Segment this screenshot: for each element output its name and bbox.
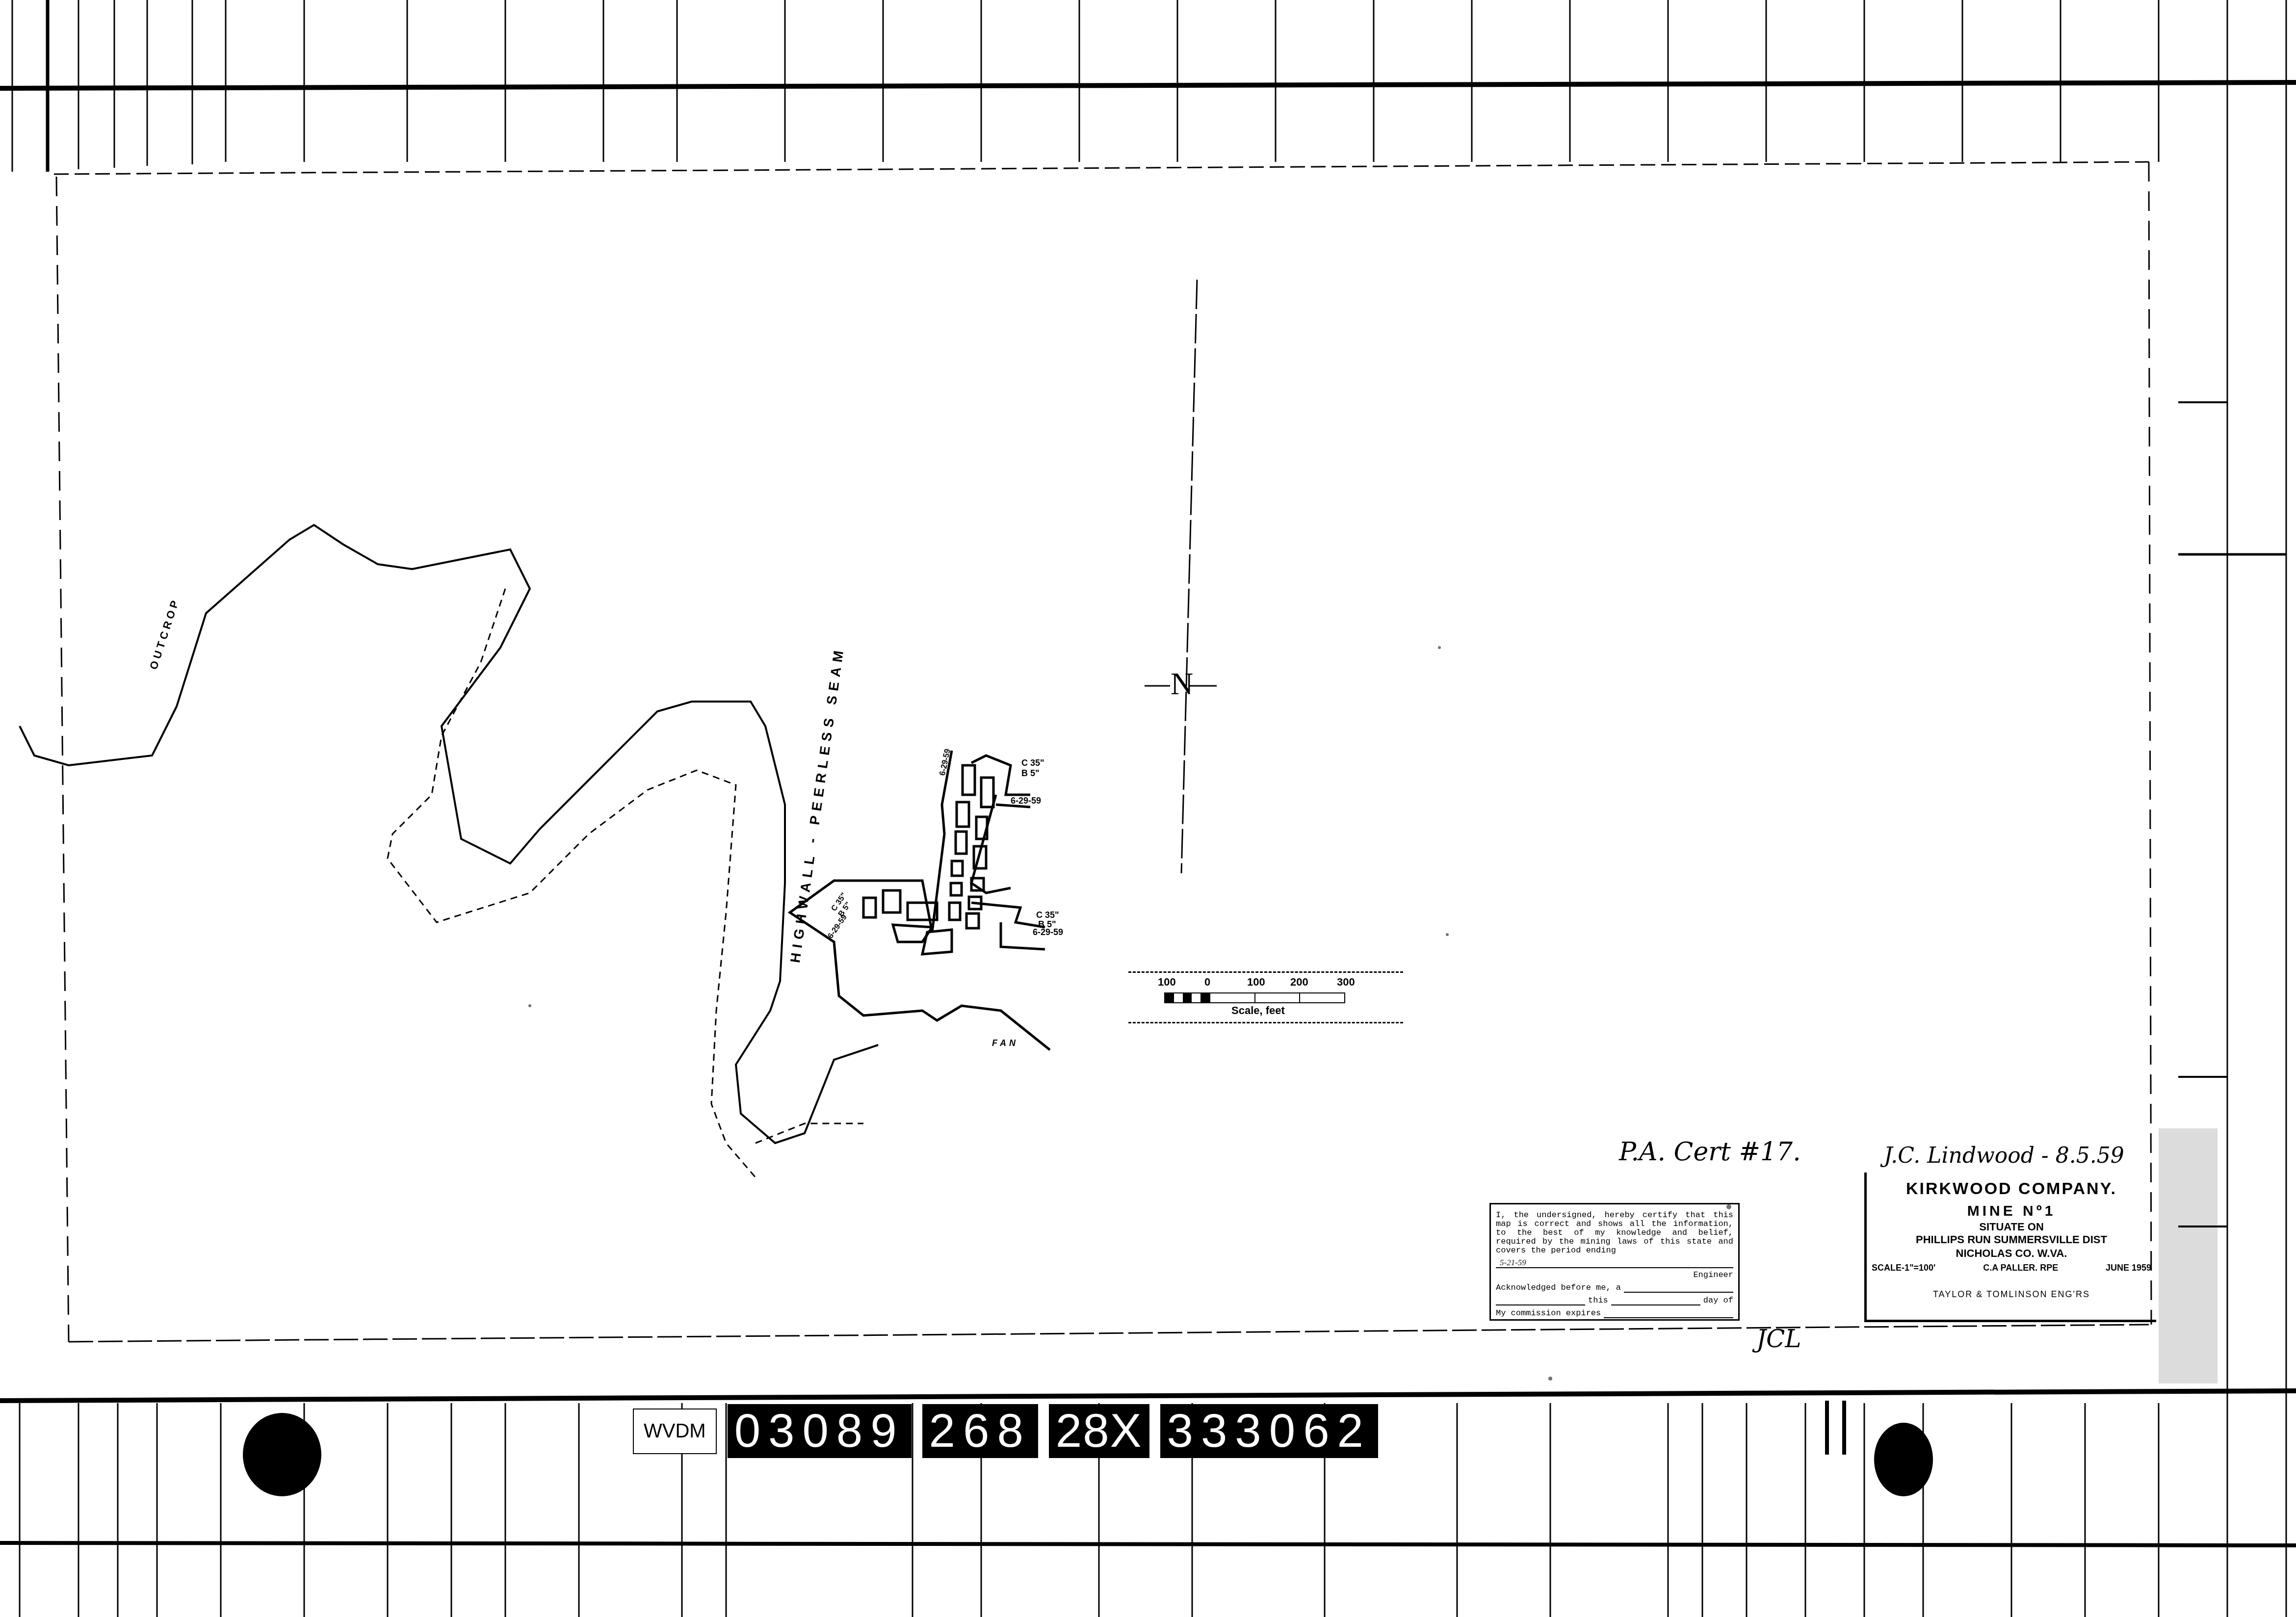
certificate-text: I, the undersigned, hereby certify that … (1496, 1211, 1733, 1255)
scale-graduation (1164, 992, 1345, 1003)
this-label: this (1588, 1297, 1608, 1305)
title-signature: J.C. Lindwood - 8.5.59 (1884, 1143, 2124, 1168)
surveyor: C.A PALLER. RPE (1983, 1263, 2058, 1273)
permit-note: P.A. Cert #17. (1619, 1137, 1801, 1167)
map-canvas (0, 0, 2296, 1617)
microfilm-id-strip: WVDM 03089 268 28X 333062 (633, 1404, 1378, 1458)
scale-tick-4: 300 (1337, 976, 1355, 989)
scale-caption: Scale, feet (1231, 1004, 1285, 1017)
mine-label-2: B 5" (1021, 768, 1040, 779)
mine-label-1: C 35" (1021, 758, 1044, 768)
day-field (1611, 1296, 1700, 1305)
day-of-label: day of (1703, 1297, 1733, 1305)
outcrop-line (20, 525, 878, 1143)
fan-label: FAN (992, 1038, 1018, 1048)
certification-block: I, the undersigned, hereby certify that … (1489, 1203, 1740, 1321)
sheet-border (54, 162, 2151, 1342)
mine-label-4: C 35" (1036, 910, 1059, 920)
notary-field (1624, 1283, 1733, 1293)
scale-tick-3: 200 (1290, 976, 1308, 989)
title-block: KIRKWOOD COMPANY. MINE Nº1 SITUATE ON PH… (1864, 1173, 2156, 1322)
microfilm-part-1: 03089 (728, 1404, 912, 1458)
north-meridian (1145, 280, 1217, 873)
scale-surveyor-date-row: SCALE-1"=100' C.A PALLER. RPE JUNE 1959 (1872, 1263, 2151, 1273)
survey-date: JUNE 1959 (2106, 1263, 2151, 1273)
notary-county-field (1496, 1296, 1585, 1305)
microfilm-part-4: 333062 (1160, 1404, 1378, 1458)
scale-note: SCALE-1"=100' (1872, 1263, 1935, 1273)
scale-tick-2: 100 (1247, 976, 1265, 989)
frame-grid (0, 0, 2296, 1617)
situate-label: SITUATE ON (1867, 1221, 2156, 1233)
scale-bar: 100 0 100 200 300 Scale, feet (1128, 971, 1403, 1023)
highwall-dashed (388, 589, 863, 1177)
microfilm-part-2: 268 (922, 1404, 1038, 1458)
location: PHILLIPS RUN SUMMERSVILLE DIST (1867, 1233, 2156, 1246)
scale-tick-0: 100 (1158, 976, 1176, 989)
mine-label-3: 6-29-59 (1011, 796, 1041, 806)
initials: JCL (1756, 1325, 1801, 1353)
scale-tick-1: 0 (1204, 976, 1210, 989)
county: NICHOLAS CO. W.VA. (1867, 1247, 2156, 1260)
company-name: KIRKWOOD COMPANY. (1867, 1179, 2156, 1199)
microfilm-part-3: 28X (1049, 1404, 1149, 1458)
north-arrow-label: N (1171, 668, 1193, 700)
engineers: TAYLOR & TOMLINSON ENG'RS (1867, 1289, 2156, 1300)
mine-name: MINE Nº1 (1867, 1203, 2156, 1220)
microfilm-prefix: WVDM (633, 1408, 717, 1454)
mine-label-6: 6-29-59 (1033, 927, 1063, 938)
engineer-label: Engineer (1693, 1271, 1733, 1280)
commission-label: My commission expires (1496, 1309, 1601, 1318)
period-ending-field: 5-21-59 (1496, 1258, 1733, 1268)
acknowledged-label: Acknowledged before me, a (1496, 1284, 1621, 1293)
commission-field (1604, 1308, 1733, 1318)
